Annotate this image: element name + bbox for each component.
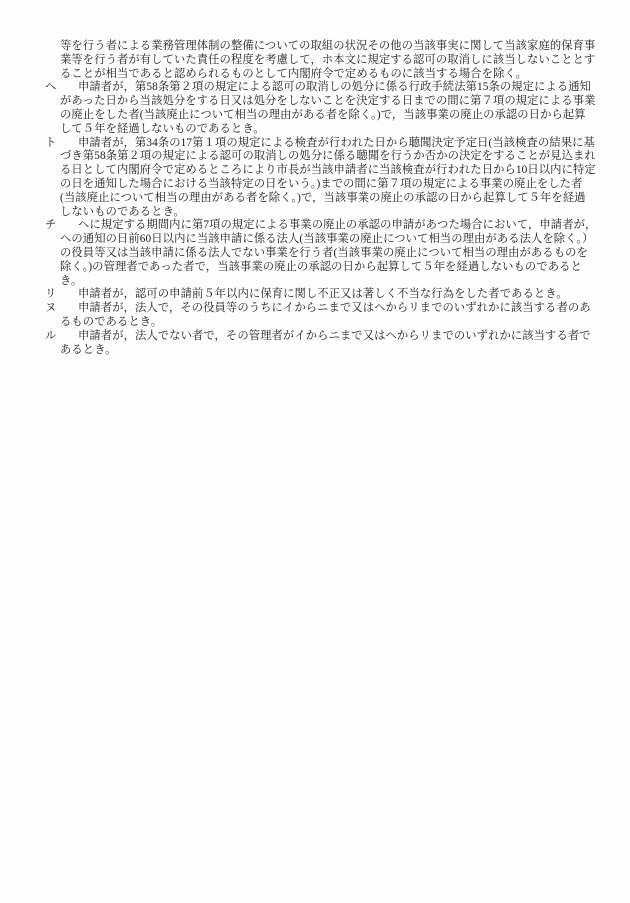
- document-line: の役員等又は当該申請に係る法人でない事業を行う者(当該事業の廃止について相当の理…: [45, 247, 600, 261]
- document-line-item-to: ト申請者が，第34条の17第１項の規定による検査が行われた日から聴聞決定予定日(…: [45, 137, 600, 151]
- line-text: 申請者が，法人でない者で，その管理者がイからニまで又はヘからリまでのいずれかに該…: [78, 330, 591, 342]
- document-line-item-nu: ヌ申請者が，法人で，その役員等のうちにイからニまで又はヘからリまでのいずれかに該…: [45, 302, 600, 316]
- line-text: ヘに規定する期間内に第7項の規定による事業の廃止の承認の申請があつた場合において…: [78, 219, 596, 231]
- document-line: るものであるとき。: [45, 316, 600, 330]
- item-marker-to: ト: [45, 137, 78, 151]
- document-line: 等を行う者による業務管理体制の整備についての取組の状況その他の当該事実に関して当…: [45, 40, 600, 54]
- line-text: ヘの通知の日前60日以内に当該申請に係る法人(当該事業の廃止について相当の理由が…: [60, 233, 594, 245]
- document-line: づき第58条第２項の規定による認可の取消しの処分に係る聴聞を行うか否かの決定をす…: [45, 150, 600, 164]
- document-line: して５年を経過しないものであるとき。: [45, 123, 600, 137]
- line-text: 申請者が，第34条の17第１項の規定による検査が行われた日から聴聞決定予定日(当…: [78, 137, 595, 149]
- line-text: 申請者が，認可の申請前５年以内に保育に関し不正又は著しく不当な行為をした者である…: [78, 288, 568, 300]
- line-text: 等を行う者による業務管理体制の整備についての取組の状況その他の当該事実に関して当…: [60, 40, 595, 52]
- line-text: き。: [60, 275, 82, 287]
- document-line: る日として内閣府令で定めるところにより市長が当該申請者に当該検査が行われた日から…: [45, 164, 600, 178]
- document-line: しないものであるとき。: [45, 206, 600, 220]
- line-text: 業等を行う者が有していた責任の程度を考慮して，ホ本文に規定する認可の取消しに該当…: [60, 54, 595, 66]
- document-line: 除く。)の管理者であった者で，当該事業の廃止の承認の日から起算して５年を経過しな…: [45, 261, 600, 275]
- document-line: ることが相当であると認められるものとして内閣府令で定めるものに該当する場合を除く…: [45, 68, 600, 82]
- line-text: の役員等又は当該申請に係る法人でない事業を行う者(当該事業の廃止について相当の理…: [60, 247, 588, 259]
- item-marker-ru: ル: [45, 330, 78, 344]
- line-text: の廃止をした者(当該廃止について相当の理由がある者を除く。)で，当該事業の廃止の…: [60, 109, 586, 121]
- line-text: しないものであるとき。: [60, 206, 185, 218]
- line-text: る日として内閣府令で定めるところにより市長が当該申請者に当該検査が行われた日から…: [60, 164, 596, 176]
- document-line: の廃止をした者(当該廃止について相当の理由がある者を除く。)で，当該事業の廃止の…: [45, 109, 600, 123]
- line-text: (当該廃止について相当の理由がある者を除く。)で，当該事業の廃止の承認の日から起…: [60, 192, 586, 204]
- document-line: ヘの通知の日前60日以内に当該申請に係る法人(当該事業の廃止について相当の理由が…: [45, 233, 600, 247]
- line-text: の日を通知した場合における当該特定の日をいう。)までの間に第７項の規定による事業…: [60, 178, 582, 190]
- document-line: き。: [45, 275, 600, 289]
- document-line: (当該廃止について相当の理由がある者を除く。)で，当該事業の廃止の承認の日から起…: [45, 192, 600, 206]
- line-text: づき第58条第２項の規定による認可の取消しの処分に係る聴聞を行うか否かの決定をす…: [60, 150, 596, 162]
- line-text: して５年を経過しないものであるとき。: [60, 123, 265, 135]
- document-line: 業等を行う者が有していた責任の程度を考慮して，ホ本文に規定する認可の取消しに該当…: [45, 54, 600, 68]
- document-line-item-chi: チヘに規定する期間内に第7項の規定による事業の廃止の承認の申請があつた場合におい…: [45, 219, 600, 233]
- document-line-item-he: ヘ申請者が，第58条第２項の規定による認可の取消しの処分に係る行政手続法第15条…: [45, 81, 600, 95]
- document-line: あるとき。: [45, 344, 600, 358]
- line-text: 申請者が，法人で，その役員等のうちにイからニまで又はヘからリまでのいずれかに該当…: [78, 302, 591, 314]
- line-text: あるとき。: [60, 344, 117, 356]
- line-text: ることが相当であると認められるものとして内閣府令で定めるものに該当する場合を除く…: [60, 68, 527, 80]
- line-text: 申請者が，第58条第２項の規定による認可の取消しの処分に係る行政手続法第15条の…: [78, 81, 591, 93]
- document-line-item-ru: ル申請者が，法人でない者で，その管理者がイからニまで又はヘからリまでのいずれかに…: [45, 330, 600, 344]
- line-text: があった日から当該処分をする日又は処分をしないことを決定する日までの間に第７項の…: [60, 95, 596, 107]
- item-marker-nu: ヌ: [45, 302, 78, 316]
- line-text: るものであるとき。: [60, 316, 162, 328]
- line-text: 除く。)の管理者であった者で，当該事業の廃止の承認の日から起算して５年を経過しな…: [60, 261, 582, 273]
- document-page: 等を行う者による業務管理体制の整備についての取組の状況その他の当該事実に関して当…: [0, 0, 630, 903]
- item-marker-chi: チ: [45, 219, 78, 233]
- document-line: があった日から当該処分をする日又は処分をしないことを決定する日までの間に第７項の…: [45, 95, 600, 109]
- document-text-block: 等を行う者による業務管理体制の整備についての取組の状況その他の当該事実に関して当…: [45, 40, 600, 357]
- document-line: の日を通知した場合における当該特定の日をいう。)までの間に第７項の規定による事業…: [45, 178, 600, 192]
- item-marker-he: ヘ: [45, 81, 78, 95]
- document-line-item-ri: リ申請者が，認可の申請前５年以内に保育に関し不正又は著しく不当な行為をした者であ…: [45, 288, 600, 302]
- item-marker-ri: リ: [45, 288, 78, 302]
